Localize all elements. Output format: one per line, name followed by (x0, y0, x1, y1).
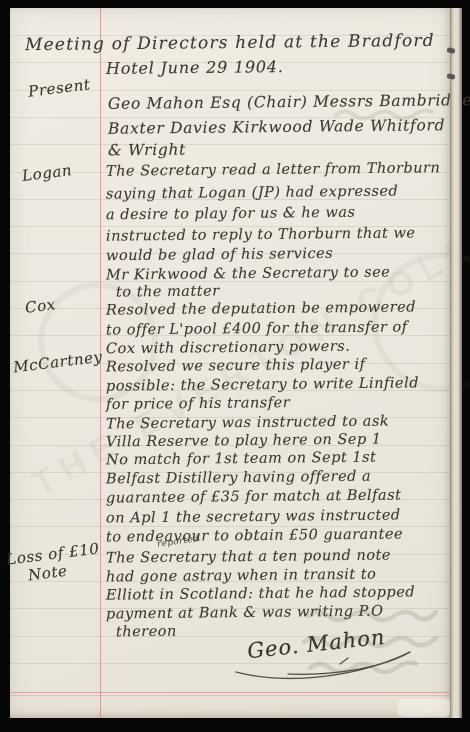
manuscript-line: Resolved we secure this player if (106, 357, 366, 376)
manuscript-line: to offer L'pool £400 for the transfer of (106, 319, 408, 338)
manuscript-line: & Wright (108, 141, 186, 160)
manuscript-line: Geo Mahon Esq (Chair) Messrs Bambridge (108, 91, 470, 113)
manuscript-line: saying that Logan (JP) had expressed (106, 183, 398, 202)
manuscript-line: The Secretary that a ten pound note (106, 548, 391, 567)
signature-flourish (222, 630, 432, 690)
manuscript-line: Baxter Davies Kirkwood Wade Whitford (108, 116, 445, 138)
manuscript-line: Villa Reserve to play here on Sep 1 (106, 432, 382, 451)
page-corner-highlight (398, 699, 450, 717)
manuscript-line: to endeavour to obtain £50 guarantee (106, 526, 403, 545)
manuscript-line: Elliott in Scotland: that he had stopped (106, 584, 415, 603)
manuscript-line: would be glad of his services (106, 246, 333, 264)
manuscript-line: Hotel June 29 1904. (106, 57, 284, 78)
manuscript-line: Mr Kirkwood & the Secretary to see (106, 265, 390, 284)
manuscript-line: on Apl 1 the secretary was instructed (106, 507, 401, 526)
manuscript-line: No match for 1st team on Sept 1st (106, 450, 377, 469)
manuscript-line: The Secretary was instructed to ask (106, 414, 389, 433)
manuscript-line: a desire to play for us & he was (106, 205, 356, 224)
manuscript-line: guarantee of £35 for match at Belfast (106, 487, 402, 506)
manuscript-line: had gone astray when in transit to (106, 567, 377, 586)
manuscript-line: for price of his transfer (106, 395, 290, 413)
scanned-page-photo: THE EVERTON COLLECTION Meeting of Direct… (0, 0, 470, 732)
manuscript-line: Resolved the deputation be empowered (106, 299, 416, 318)
manuscript-line: Belfast Distillery having offered a (106, 469, 371, 488)
next-page-edge (450, 8, 462, 718)
manuscript-line: payment at Bank & was writing P.O (106, 604, 384, 623)
manuscript-line: thereon (116, 624, 177, 641)
manuscript-line: Cox with discretionary powers. (106, 339, 350, 358)
manuscript-line: possible: the Secretary to write Linfiel… (106, 375, 419, 394)
ruled-line (10, 144, 450, 145)
margin-note: Cox (24, 295, 57, 317)
manuscript-line: to the matter (116, 283, 220, 300)
manuscript-line: instructed to reply to Thorburn that we (106, 225, 416, 244)
